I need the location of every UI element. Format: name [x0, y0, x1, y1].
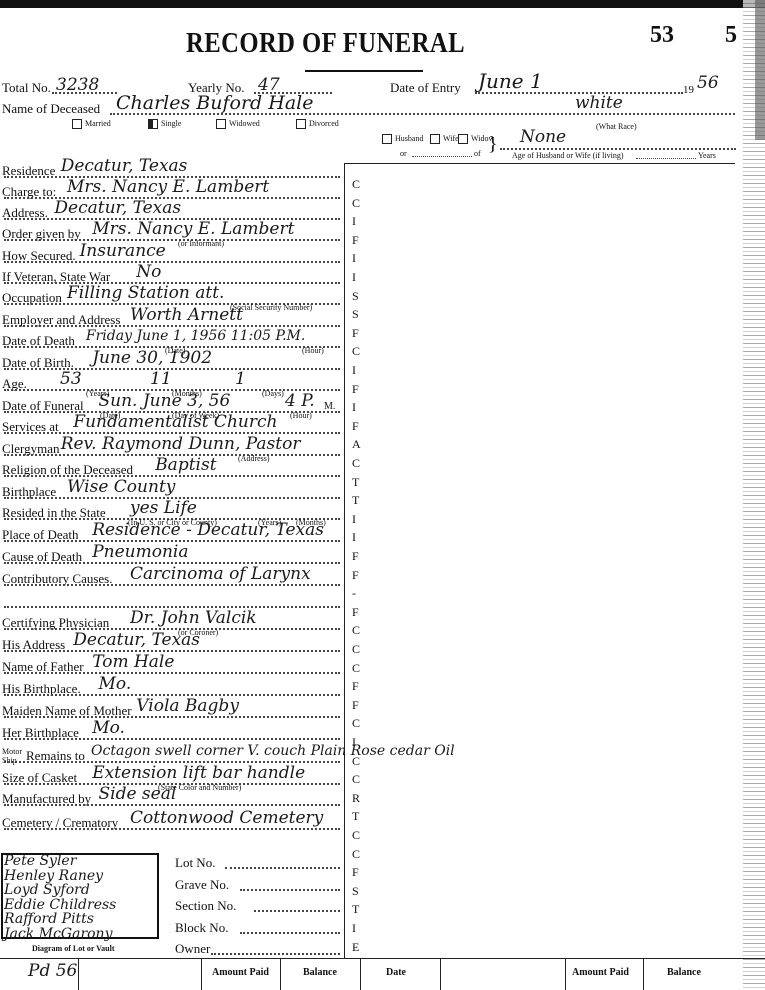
truncated-letter: C — [352, 197, 360, 209]
field-value-days[interactable]: 1 — [235, 370, 246, 388]
checkbox-married[interactable] — [72, 119, 82, 129]
field-value[interactable]: No — [136, 263, 161, 281]
lot-field-label: Owner — [175, 941, 210, 957]
truncated-letter: C — [352, 829, 360, 841]
field-line — [4, 261, 340, 263]
field-value[interactable]: Decatur, Texas — [61, 157, 188, 175]
field-value[interactable]: Extension lift bar handle — [92, 764, 305, 782]
scan-right-edge-dark — [755, 0, 765, 140]
checkbox-wife[interactable] — [430, 134, 440, 144]
truncated-letter: I — [352, 271, 356, 283]
spouse-line — [500, 148, 736, 150]
checkbox-widow[interactable] — [458, 134, 468, 144]
marital-divorced[interactable]: Divorced — [296, 119, 339, 129]
page-number: 53 — [650, 22, 674, 49]
field-value[interactable]: Decatur, Texas — [54, 199, 181, 217]
payment-table-top — [0, 958, 765, 959]
field-value[interactable]: Insurance — [80, 242, 166, 260]
payment-divider — [360, 958, 361, 990]
document-title: RECORD OF FUNERAL — [186, 28, 465, 60]
name-label: Name of Deceased — [2, 101, 100, 117]
field-line — [4, 804, 340, 806]
field-value[interactable]: Pneumonia — [92, 543, 188, 561]
marital-married-label: Married — [85, 119, 111, 128]
field-value[interactable]: Side seal — [99, 785, 177, 803]
lot-field-label: Section No. — [175, 898, 236, 914]
scan-right-edge — [743, 0, 765, 990]
field-value[interactable]: Octagon swell corner V. couch Plain Rose… — [91, 742, 455, 760]
truncated-letter: F — [352, 866, 359, 878]
scan-top-border — [0, 0, 765, 8]
pallbearer-name[interactable]: Jack McGarony — [4, 925, 113, 943]
payment-balance-header-right: Balance — [667, 967, 701, 978]
page-number-partial: 5 — [725, 22, 737, 49]
truncated-letter: C — [352, 457, 360, 469]
field-value[interactable]: Wise County — [67, 478, 175, 496]
field-value[interactable]: Mo. — [92, 719, 125, 737]
checkbox-husband[interactable] — [382, 134, 392, 144]
truncated-letter: - — [352, 587, 356, 599]
payment-amount-header: Amount Paid — [212, 967, 269, 978]
payment-divider — [440, 958, 441, 990]
marital-divorced-label: Divorced — [309, 119, 339, 128]
spouse-age-unit: Years — [698, 151, 716, 160]
truncated-letter: I — [352, 364, 356, 376]
field-value[interactable]: yes Life — [130, 499, 197, 517]
truncated-letter: T — [352, 476, 359, 488]
field-value[interactable]: Rev. Raymond Dunn, Pastor — [61, 435, 301, 453]
right-column-border — [344, 163, 345, 958]
truncated-letter: I — [352, 922, 356, 934]
marital-single[interactable]: Single — [148, 119, 181, 129]
lot-field-label: Block No. — [175, 920, 228, 936]
lot-field-line[interactable] — [240, 932, 340, 934]
lot-field-label: Lot No. — [175, 855, 215, 871]
spouse-brace: } — [488, 136, 498, 152]
field-value-months[interactable]: 11 — [150, 370, 172, 388]
truncated-letter: F — [352, 550, 359, 562]
spouse-of: of — [474, 149, 481, 158]
truncated-letter: F — [352, 420, 359, 432]
field-value[interactable]: Sun. June 3, 56 — [99, 392, 231, 410]
marital-single-label: Single — [161, 119, 181, 128]
truncated-letter: C — [352, 178, 360, 190]
spouse-age-caption: Age of Husband or Wife (if living) — [512, 151, 624, 160]
spouse-value[interactable]: None — [520, 128, 566, 146]
payment-divider — [565, 958, 566, 990]
date-of-entry-value[interactable]: June 1 — [478, 72, 543, 90]
spouse-rule — [380, 163, 735, 164]
truncated-letter: C — [352, 345, 360, 357]
truncated-letter: C — [352, 773, 360, 785]
truncated-letter: F — [352, 699, 359, 711]
truncated-letter: S — [352, 290, 359, 302]
year-value[interactable]: 56 — [697, 74, 719, 92]
title-underline — [305, 70, 423, 72]
truncated-letter: F — [352, 569, 359, 581]
truncated-letter: T — [352, 903, 359, 915]
field-value-years[interactable]: 53 — [60, 370, 82, 388]
field-line — [4, 828, 340, 830]
year-prefix: 19 — [683, 82, 694, 98]
lot-field-line[interactable] — [225, 867, 340, 869]
marital-married[interactable]: Married — [72, 119, 111, 129]
truncated-letter: F — [352, 606, 359, 618]
date-of-entry-label: Date of Entry — [390, 80, 461, 96]
checkbox-widowed[interactable] — [216, 119, 226, 129]
payment-divider — [78, 958, 79, 990]
payment-divider — [201, 958, 202, 990]
field-value[interactable]: Decatur, Texas — [73, 631, 200, 649]
lot-field-label: Grave No. — [175, 877, 229, 893]
spouse-wife-label: Wife — [443, 134, 459, 143]
field-line — [4, 584, 340, 586]
spouse-husband[interactable]: Husband — [382, 134, 423, 144]
spouse-or-line — [412, 156, 472, 157]
field-line — [4, 738, 340, 740]
field-value[interactable]: Fundamentalist Church — [73, 413, 277, 431]
truncated-letter: E — [352, 941, 359, 953]
field-value[interactable]: Baptist — [155, 456, 216, 474]
spouse-or: or — [400, 149, 407, 158]
truncated-letter: I — [352, 513, 356, 525]
field-value[interactable]: Mrs. Nancy E. Lambert — [92, 220, 294, 238]
field-value[interactable]: June 30, 1902 — [92, 349, 212, 367]
field-caption: (or Informant) — [178, 239, 224, 248]
payment-amount-header-right: Amount Paid — [572, 967, 629, 978]
field-value[interactable]: Carcinoma of Larynx — [130, 565, 311, 583]
truncated-letter: F — [352, 327, 359, 339]
field-value[interactable]: Filling Station att. — [67, 284, 224, 302]
name-value[interactable]: Charles Buford Hale — [116, 94, 313, 112]
truncated-letter: C — [352, 848, 360, 860]
payment-date-value[interactable]: Pd 56 — [28, 962, 77, 980]
lot-field-line[interactable] — [240, 889, 340, 891]
field-caption: (Address) — [238, 454, 270, 463]
marital-widowed[interactable]: Widowed — [216, 119, 260, 129]
payment-date-header-right: Date — [386, 967, 406, 978]
field-line — [4, 239, 340, 241]
field-hour-value[interactable]: 4 P. — [285, 392, 315, 410]
field-caption: (Days) — [262, 389, 284, 398]
truncated-letter: I — [352, 215, 356, 227]
truncated-letter: F — [352, 383, 359, 395]
right-column-top — [344, 163, 380, 164]
field-caption: (Hour) — [302, 346, 324, 355]
truncated-letter: C — [352, 643, 360, 655]
race-caption: (What Race) — [596, 122, 637, 131]
field-line — [4, 672, 340, 674]
field-line — [4, 716, 340, 718]
total-no-label: Total No. — [2, 80, 51, 96]
field-line — [4, 368, 340, 370]
truncated-letter: F — [352, 234, 359, 246]
truncated-letter: I — [352, 252, 356, 264]
truncated-letter: I — [352, 531, 356, 543]
truncated-letter: F — [352, 680, 359, 692]
field-value[interactable]: Mo. — [99, 675, 132, 693]
field-value[interactable]: Friday June 1, 1956 11:05 P.M. — [86, 327, 305, 345]
truncated-letter: I — [352, 401, 356, 413]
marital-widowed-label: Widowed — [229, 119, 260, 128]
truncated-letter: T — [352, 810, 359, 822]
race-value[interactable]: white — [575, 94, 623, 112]
field-value[interactable]: Cottonwood Cemetery — [130, 809, 323, 827]
total-no-value[interactable]: 3238 — [56, 76, 99, 94]
field-value[interactable]: Mrs. Nancy E. Lambert — [67, 178, 269, 196]
field-value[interactable]: Tom Hale — [92, 653, 174, 671]
field-value[interactable]: Worth Arnett — [130, 306, 243, 324]
truncated-letter: S — [352, 308, 359, 320]
payment-divider — [643, 958, 644, 990]
diagram-caption: Diagram of Lot or Vault — [32, 944, 115, 953]
spouse-husband-label: Husband — [395, 134, 423, 143]
truncated-letter: C — [352, 624, 360, 636]
lot-field-line[interactable] — [254, 910, 340, 912]
checkbox-single-checked[interactable] — [148, 119, 158, 129]
payment-divider — [280, 958, 281, 990]
field-value[interactable]: Dr. John Valcik — [130, 609, 257, 627]
field-suffix: M. — [324, 399, 335, 415]
truncated-letter: S — [352, 885, 359, 897]
truncated-letter: C — [352, 662, 360, 674]
field-caption: (Hour) — [290, 411, 312, 420]
spouse-wife[interactable]: Wife — [430, 134, 459, 144]
truncated-letter: T — [352, 494, 359, 506]
field-value[interactable]: Viola Bagby — [136, 697, 239, 715]
truncated-letter: C — [352, 717, 360, 729]
payment-balance-header: Balance — [303, 967, 337, 978]
checkbox-divorced[interactable] — [296, 119, 306, 129]
truncated-letter: R — [352, 792, 360, 804]
lot-field-line[interactable] — [211, 953, 340, 955]
field-value[interactable]: Residence - Decatur, Texas — [92, 521, 324, 539]
spouse-age-line — [636, 158, 696, 159]
truncated-letter: A — [352, 438, 361, 450]
